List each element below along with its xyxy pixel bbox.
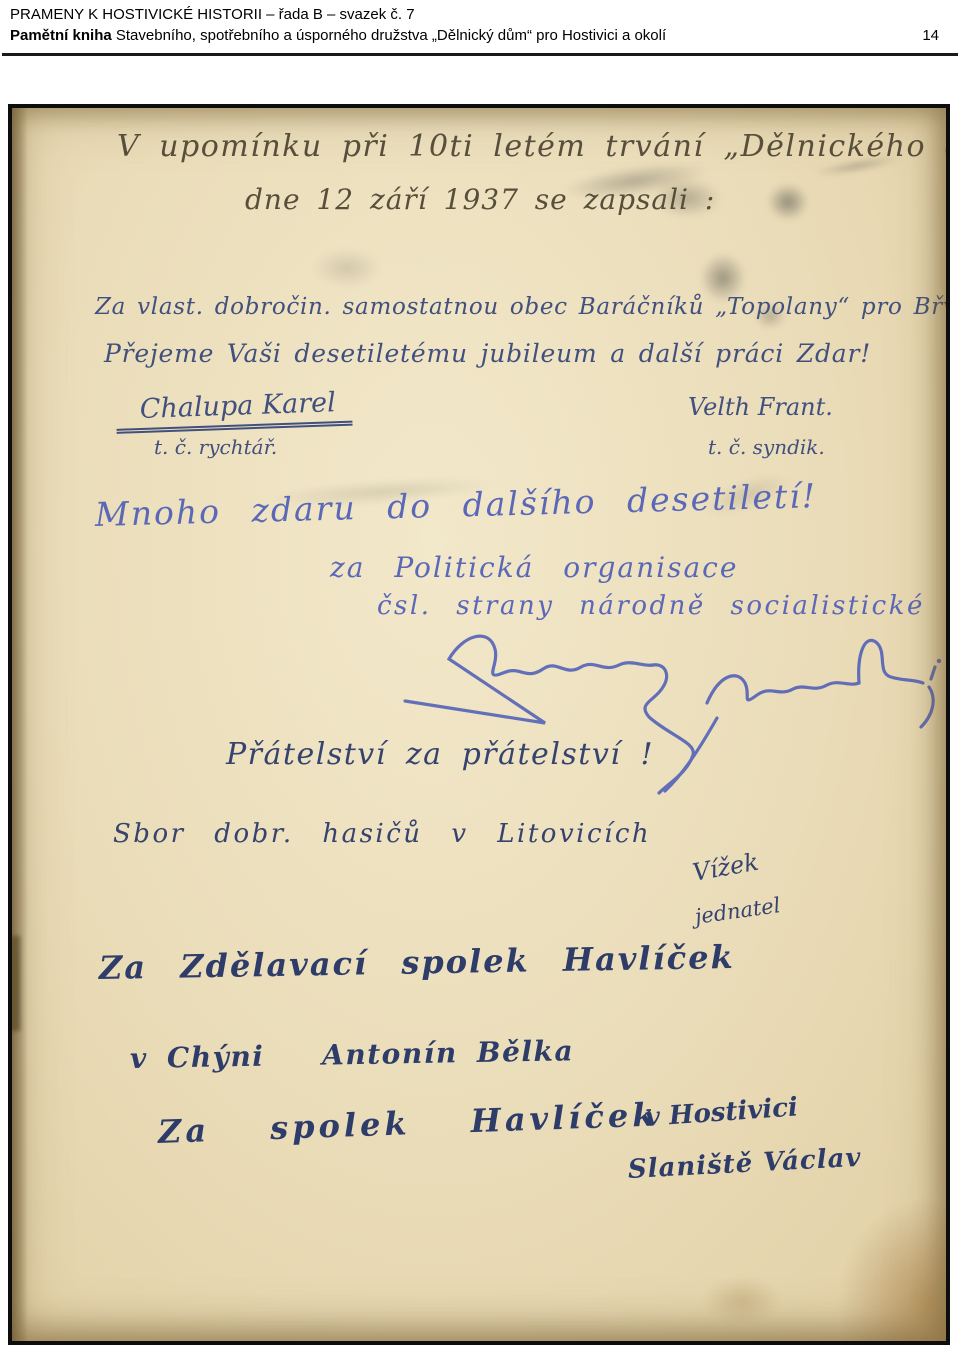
document-page: PRAMENY K HOSTIVICKÉ HISTORII – řada B –… [0,0,960,1351]
hw-signature-slaniste: Slaniště Václav [627,1144,862,1186]
book-title-bold: Pamětní kniha [10,27,112,44]
hw-havlicek-chyne-line: Za Zdělavací spolek Havlíček [99,939,735,987]
hw-title-jednatel: jednatel [693,893,782,929]
hw-signature-belka: v Chýni Antonín Bělka [130,1035,575,1075]
hw-baracnici-org-line: Za vlast. dobročin. samostatnou obec Bar… [95,294,950,320]
hw-political-org-line1: za Politická organisace [330,552,738,584]
hw-signature-chalupa-text: Chalupa Karel [115,387,352,434]
paper-stain [702,1276,782,1326]
hw-hostivice-place: v Hostivici [644,1093,799,1134]
book-title-rest: Stavebního, spotřebního a úsporného druž… [112,27,666,44]
bleed-through-smudge [312,248,382,288]
hw-havlicek-hostivice: Za spolek Havlíček [157,1097,659,1151]
hw-signature-chalupa: Chalupa Karel [139,387,352,433]
page-number: 14 [922,27,939,44]
hw-friendship-motto: Přátelství za přátelství ! [226,738,654,773]
bleed-through-smudge [767,183,809,221]
hw-date-line: dne 12 září 1937 se zapsali : [245,184,715,216]
hw-title-rychtar: t. č. rychtář. [154,436,277,459]
book-title: Pamětní kniha Stavebního, spotřebního a … [10,27,910,44]
hw-political-org-line2: čsl. strany národně socialistické [377,592,925,622]
hw-wish-decade: Mnoho zdaru do dalšího desetiletí! [95,477,818,534]
series-title: PRAMENY K HOSTIVICKÉ HISTORII – řada B –… [10,6,415,23]
page-edge-mark [10,936,20,1031]
hw-firemen-litovice: Sbor dobr. hasičů v Litovicích [113,820,651,850]
hw-baracnici-wish-line: Přejeme Vaši desetiletému jubileum a dal… [104,340,871,369]
hw-dedication-title: V upomínku při 10ti letém trvání „Dělnic… [117,130,950,165]
scanned-page-photo: V upomínku při 10ti letém trvání „Dělnic… [8,104,950,1345]
hw-signature-vizek: Vížek [691,849,761,888]
hw-title-syndik: t. č. syndik. [708,436,825,459]
paper-stain [840,1200,950,1345]
hw-signature-velth: Velth Frant. [688,394,833,422]
header-rule [2,53,958,56]
